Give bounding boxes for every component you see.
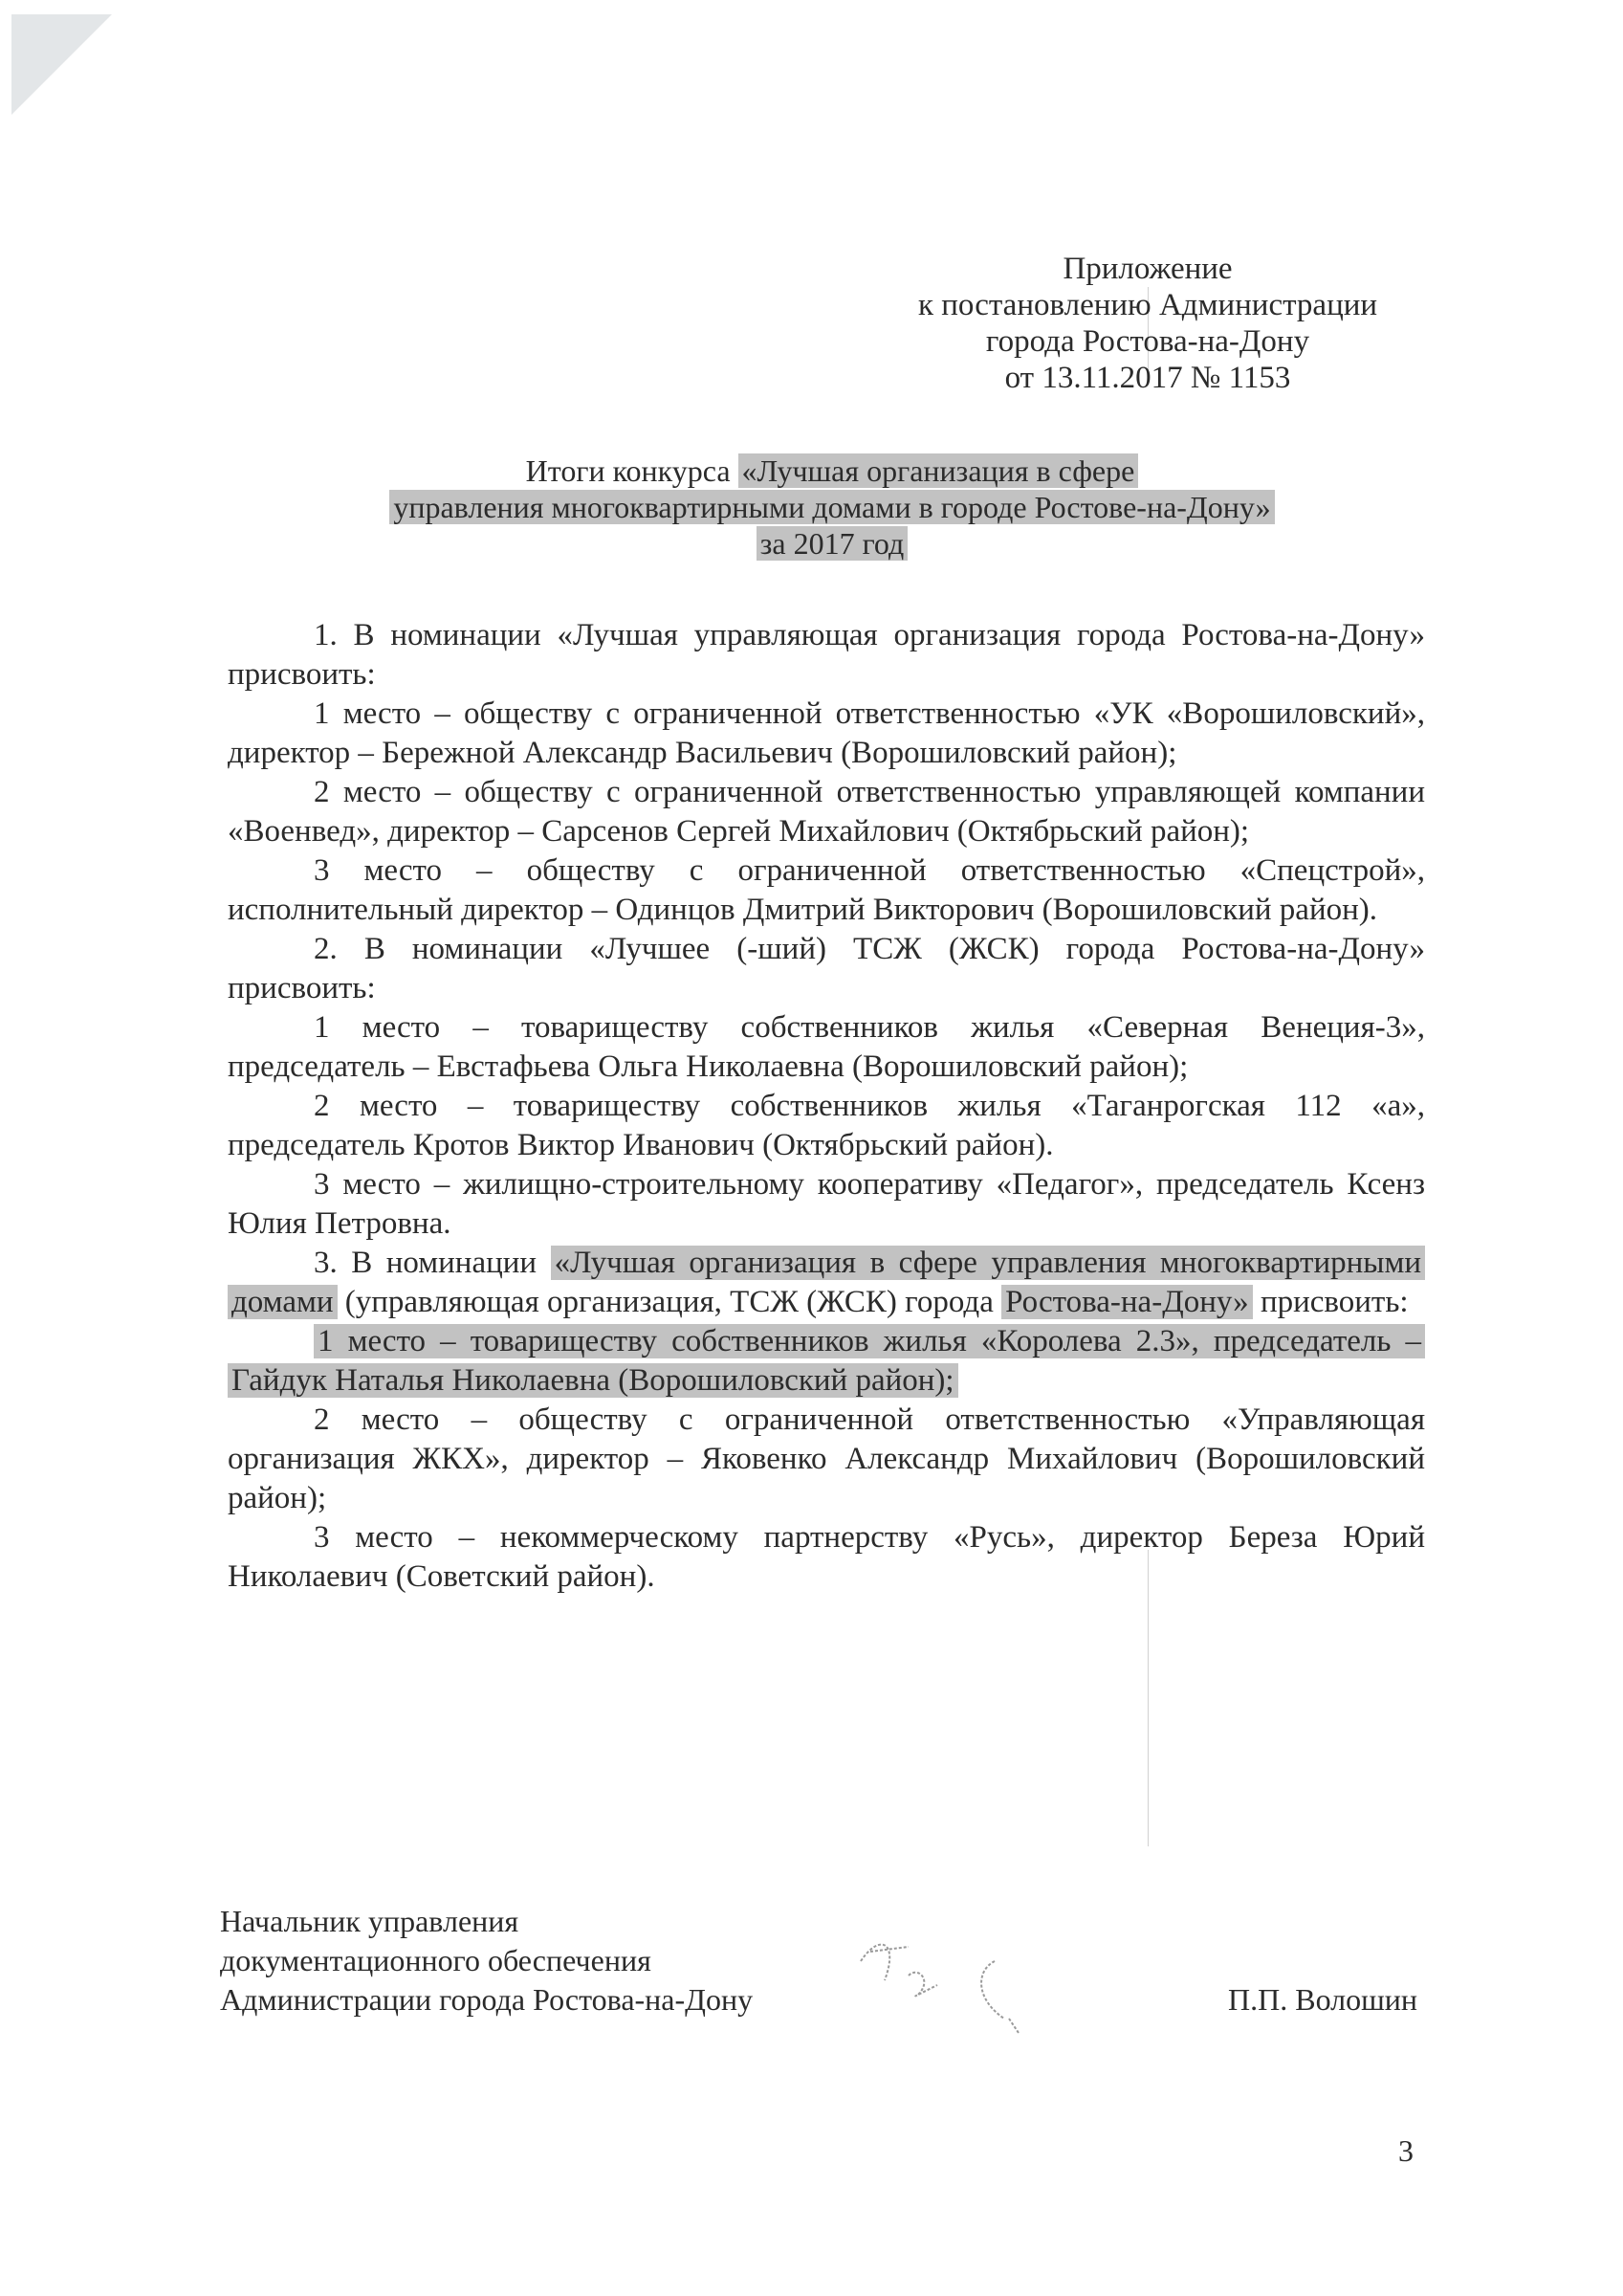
header-date-number: от 13.11.2017 № 1153 [861,360,1435,396]
place-item: 1 место – обществу с ограниченной ответс… [228,695,1425,773]
place-item: 2 место – товариществу собственников жил… [228,1087,1425,1165]
heading-highlight: Ростова-на-Дону» [1001,1285,1253,1319]
heading-text: (управляющая организация, ТСЖ (ЖСК) горо… [338,1285,1002,1319]
signatory-position: документационного обеспечения [220,1941,753,1980]
signatory-name: П.П. Волошин [1228,1980,1417,2020]
place-item: 1 место – товариществу собственников жил… [228,1322,1425,1401]
place-item: 3 место – обществу с ограниченной ответс… [228,851,1425,930]
nomination-1: 1. В номинации «Лучшая управляющая орган… [228,616,1425,930]
nomination-heading: 3. В номинации «Лучшая организация в сфе… [228,1244,1425,1322]
place-item: 1 место – товариществу собственников жил… [228,1008,1425,1087]
document-body: 1. В номинации «Лучшая управляющая орган… [228,616,1425,1597]
title-highlight: «Лучшая организация в сфере [738,453,1139,488]
title-prefix: Итоги конкурса [526,453,738,488]
appendix-header: Приложение к постановлению Администрации… [861,251,1435,396]
header-line: города Ростова-на-Дону [861,323,1435,360]
place-item: 2 место – обществу с ограниченной ответс… [228,1401,1425,1518]
nomination-heading: 2. В номинации «Лучшее (-ший) ТСЖ (ЖСК) … [228,930,1425,1008]
heading-text: присвоить: [1253,1285,1409,1319]
signature-block: Начальник управления документационного о… [220,1902,1435,2020]
title-highlight: управления многоквартирными домами в гор… [389,490,1274,524]
signatory-position: Администрации города Ростова-на-Дону [220,1980,753,2020]
title-highlight: за 2017 год [757,526,909,561]
place-highlight: 1 место – товариществу собственников жил… [228,1324,1425,1398]
header-line: к постановлению Администрации [861,287,1435,323]
handwritten-signature-icon [842,1923,1129,2038]
nomination-2: 2. В номинации «Лучшее (-ший) ТСЖ (ЖСК) … [228,930,1425,1244]
nomination-3: 3. В номинации «Лучшая организация в сфе… [228,1244,1425,1597]
place-item: 3 место – некоммерческому партнерству «Р… [228,1518,1425,1597]
document-title: Итоги конкурса «Лучшая организация в сфе… [230,453,1435,562]
place-item: 3 место – жилищно-строительному кооперат… [228,1165,1425,1244]
header-line: Приложение [861,251,1435,287]
heading-text: 3. В номинации [314,1246,551,1280]
scan-corner-fold [11,14,112,115]
place-item: 2 место – обществу с ограниченной ответс… [228,773,1425,851]
page-number: 3 [1398,2133,1414,2169]
nomination-heading: 1. В номинации «Лучшая управляющая орган… [228,616,1425,695]
signatory-position: Начальник управления [220,1902,753,1941]
